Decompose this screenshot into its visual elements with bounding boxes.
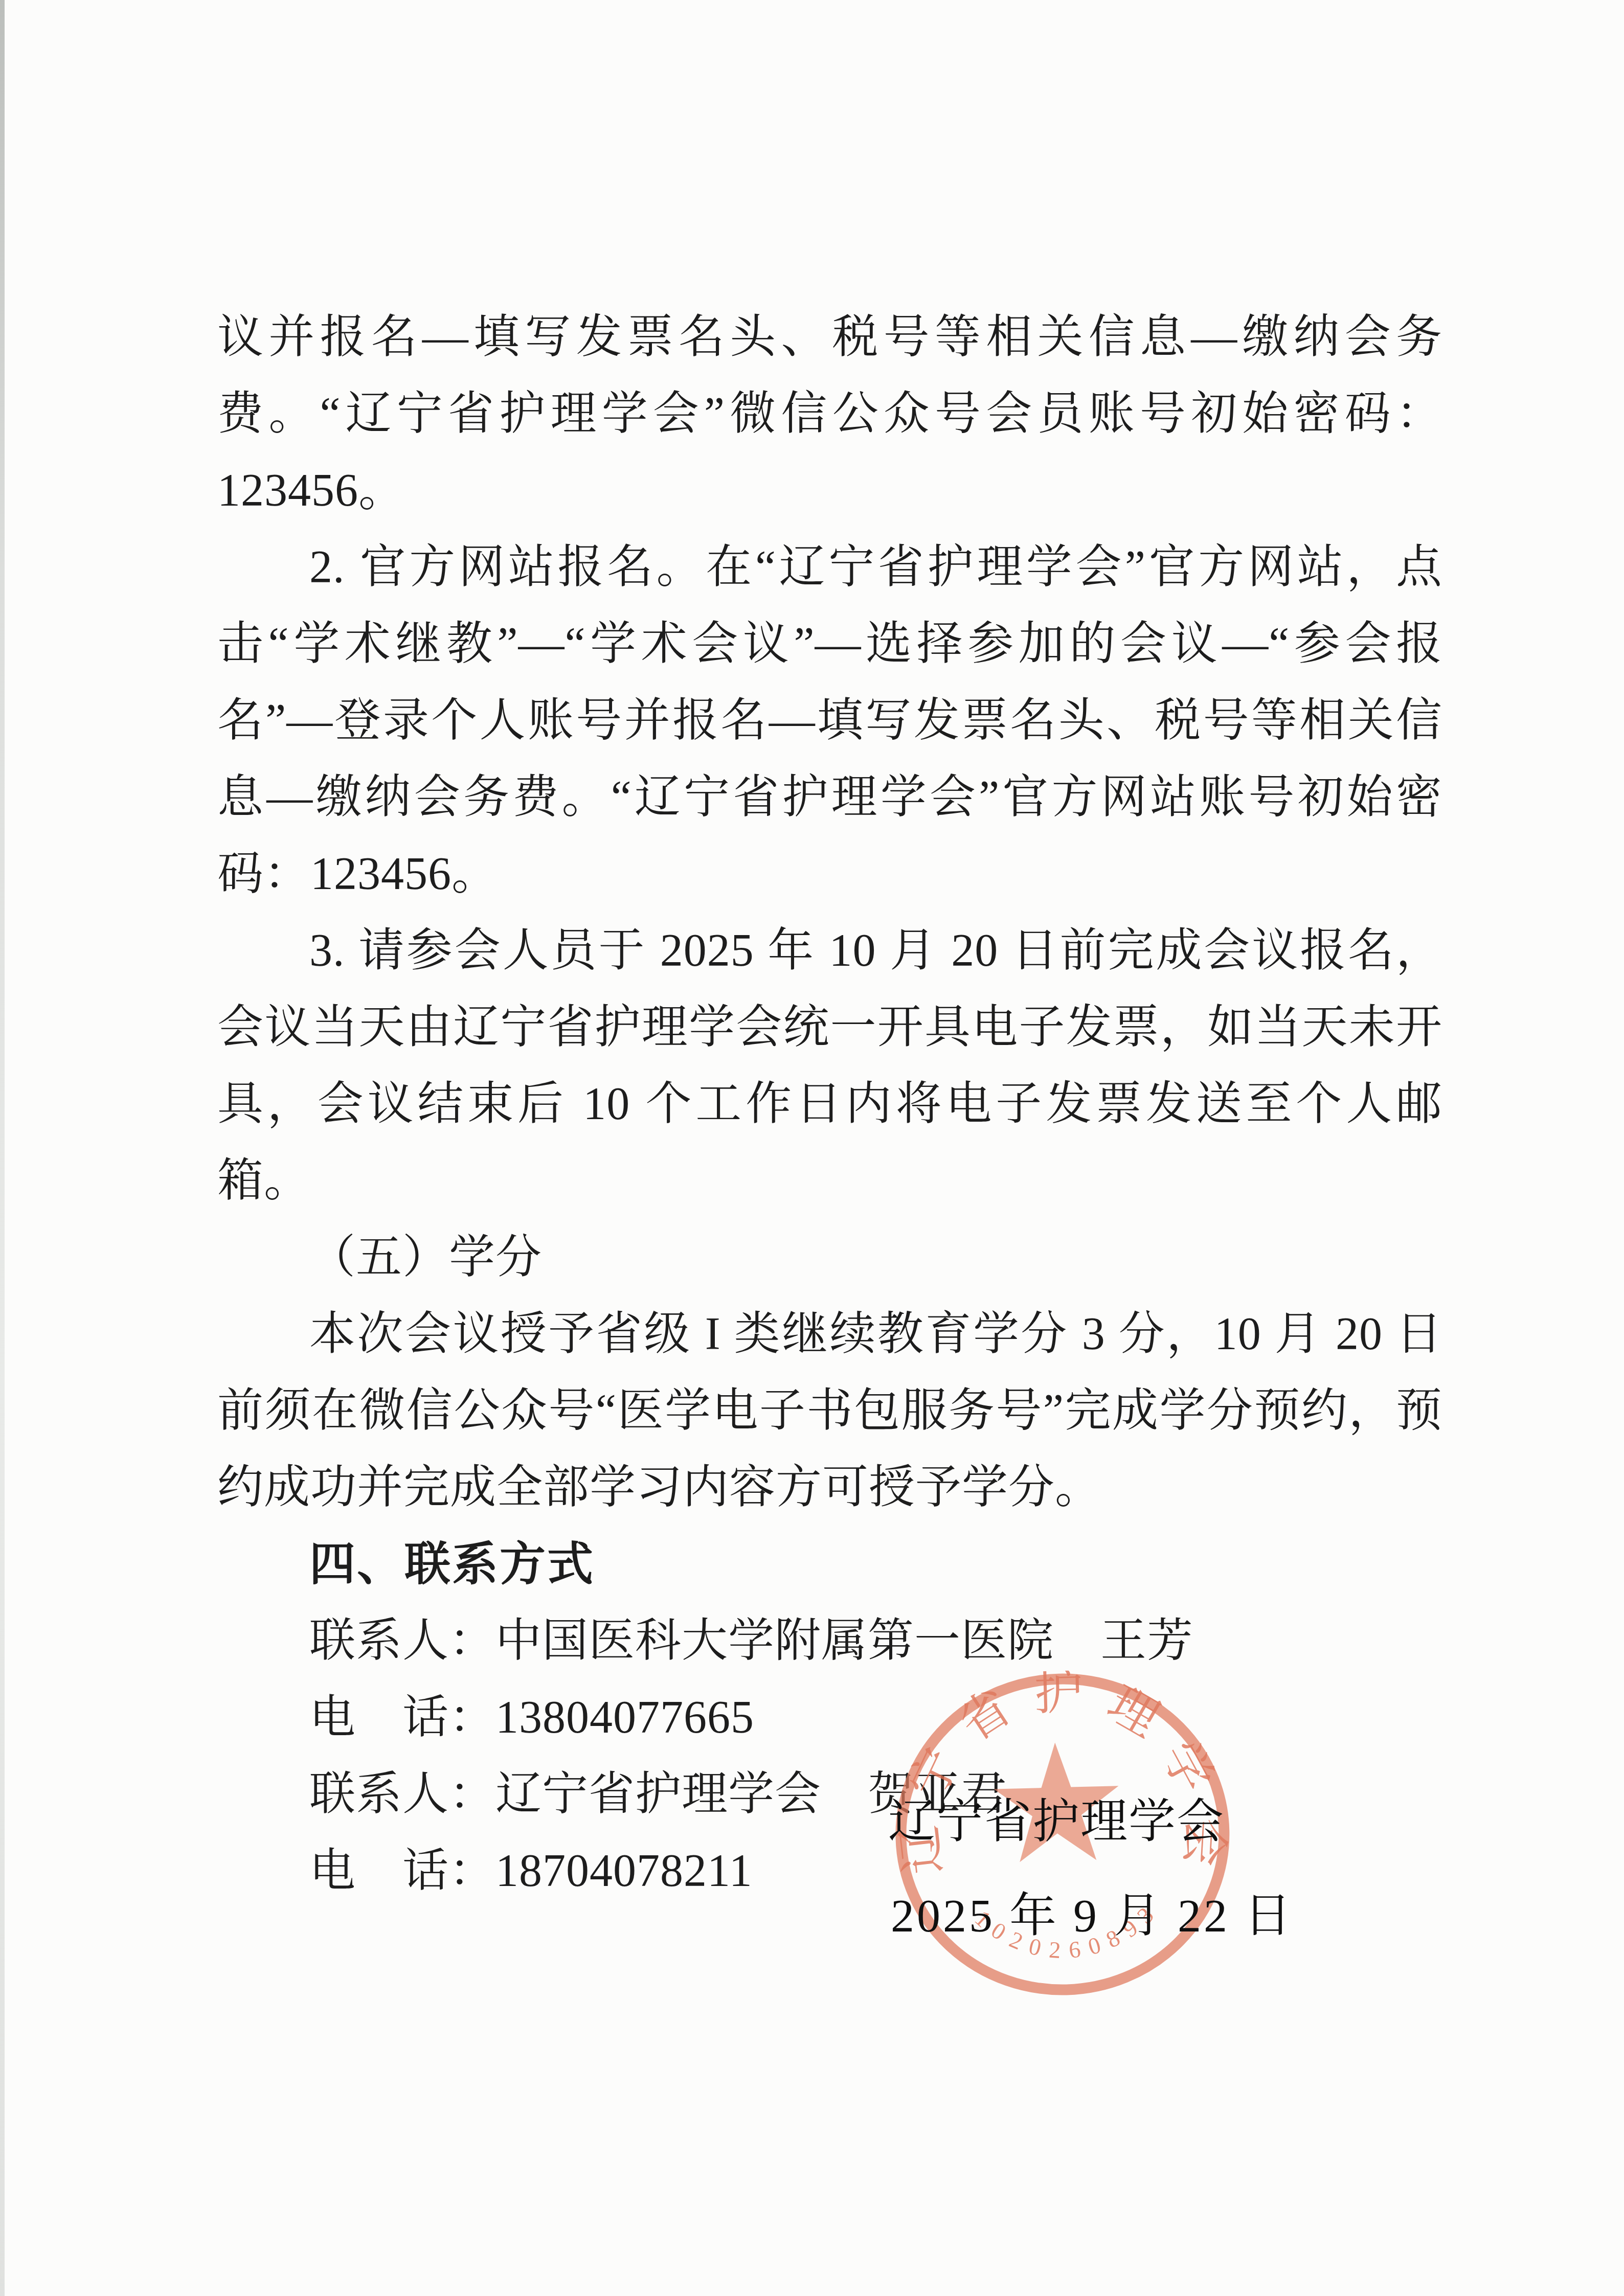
document-body: 议并报名—填写发票名头、税号等相关信息—缴纳会务费。“辽宁省护理学会”微信公众号… [217,299,1442,1909]
body-paragraph: 联系人：中国医科大学附属第一医院 王芳 [217,1603,1442,1679]
body-paragraph: 联系人：辽宁省护理学会 贺亚君 [217,1756,1442,1833]
body-paragraph: 议并报名—填写发票名头、税号等相关信息—缴纳会务费。“辽宁省护理学会”微信公众号… [217,299,1442,529]
section-heading: 四、联系方式 [217,1526,1442,1603]
body-paragraph: 2. 官方网站报名。在“辽宁省护理学会”官方网站，点击“学术继教”—“学术会议”… [217,529,1442,913]
scan-edge-artifact [0,0,5,2296]
body-paragraph: 电 话：13804077665 [217,1679,1442,1756]
body-paragraph: （五）学分 [217,1219,1442,1296]
signature-org-text: 辽宁省护理学会 [888,1783,1225,1860]
body-paragraph: 本次会议授予省级 I 类继续教育学分 3 分，10 月 20 日前须在微信公众号… [217,1296,1442,1526]
signature-date-text: 2025 年 9 月 22 日 [891,1877,1294,1954]
body-paragraph: 3. 请参会人员于 2025 年 10 月 20 日前完成会议报名，会议当天由辽… [217,913,1442,1219]
scanned-document-page: 议并报名—填写发票名头、税号等相关信息—缴纳会务费。“辽宁省护理学会”微信公众号… [0,0,1624,2296]
